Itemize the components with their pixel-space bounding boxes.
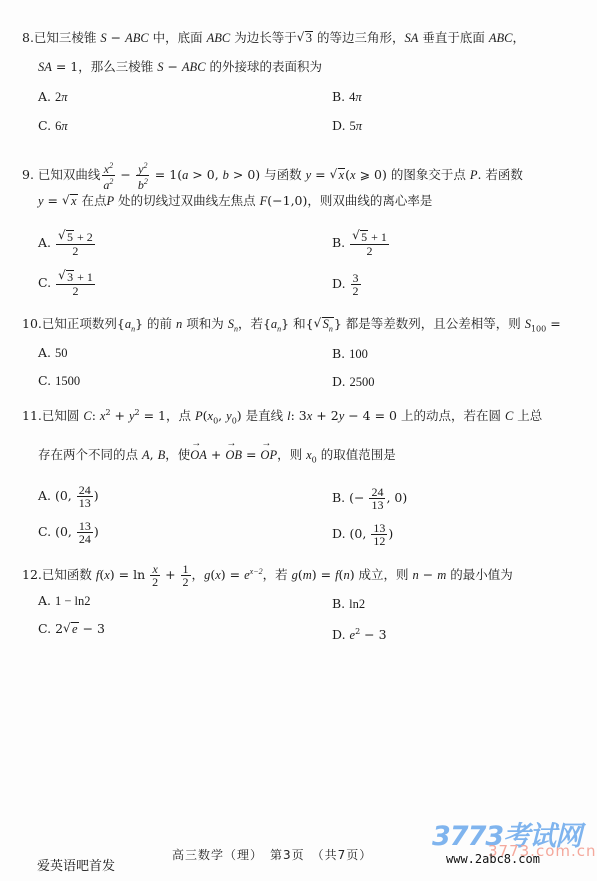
- fraction-y2-b2: y2b2: [136, 160, 150, 191]
- text: 的前: [143, 316, 176, 331]
- q12-option-d: D. e2 − 3: [332, 624, 387, 643]
- text: 11.已知圆: [22, 408, 83, 423]
- text: 上的动点，若在圆: [397, 408, 505, 423]
- label: B.: [332, 346, 349, 361]
- q10-option-b: B. 100: [332, 346, 368, 362]
- value: 50: [55, 346, 68, 360]
- text: ，那么三棱锥: [78, 59, 157, 74]
- fraction-x2-a2: x2a2: [101, 160, 115, 191]
- page-footer: 高三数学（理） 第3页 （共7页）: [172, 846, 372, 863]
- q9-option-d: D. 32: [332, 272, 362, 297]
- text: ，若: [263, 567, 292, 582]
- q8-option-d: D. 5π: [332, 118, 362, 134]
- q11-option-c: C. (0, 1324): [38, 520, 99, 545]
- text: 与函数: [260, 167, 305, 182]
- text: ，: [192, 567, 205, 582]
- text: ，则: [277, 447, 306, 462]
- text: 中，底面: [153, 30, 207, 45]
- q11-option-b: B. (− 2413, 0): [332, 486, 407, 511]
- text: 成立，则: [355, 567, 413, 582]
- text: 存在两个不同的点: [38, 447, 142, 462]
- text: 8.已知三棱锥: [22, 30, 100, 45]
- exam-page: 8.已知三棱锥 S − ABC 中，底面 ABC 为边长等于√3 的等边三角形，…: [0, 0, 597, 881]
- text: 的等边三角形，: [313, 30, 404, 45]
- text: 9. 已知双曲线: [22, 167, 100, 182]
- value: 1 − ln2: [55, 594, 91, 608]
- text: 12.已知函数: [22, 567, 96, 582]
- label: D.: [332, 374, 350, 389]
- question-11-line-2: 存在两个不同的点 A, B，使OA + OB = OP，则 x0 的取值范围是: [38, 447, 396, 469]
- q12-option-a: A. 1 − ln2: [38, 593, 91, 609]
- text: ，使: [165, 447, 190, 462]
- text: 10.已知正项数列: [22, 316, 117, 331]
- label: A.: [38, 345, 55, 360]
- question-9-line-2: y = √x 在点P 处的切线过双曲线左焦点 F(−1,0)，则双曲线的离心率是: [38, 193, 432, 209]
- text: 在点: [78, 193, 107, 208]
- q8-option-a: A. 2π: [38, 89, 68, 105]
- q9-option-a: A. √5 + 22: [38, 230, 96, 257]
- question-9-line-1: 9. 已知双曲线x2a2 − y2b2 = 1(a > 0, b > 0) 与函…: [22, 160, 523, 191]
- question-11-line-1: 11.已知圆 C: x2 + y2 = 1，点 P(x0, y0) 是直线 l:…: [22, 405, 542, 430]
- label: A.: [38, 593, 55, 608]
- text: ，若: [238, 316, 263, 331]
- text: 垂直于底面: [418, 30, 488, 45]
- q10-option-a: A. 50: [38, 345, 67, 361]
- sqrt-3: √3: [297, 30, 313, 46]
- value: 100: [349, 347, 368, 361]
- q12-option-c: C. 2√e − 3: [38, 621, 105, 637]
- question-10-line-1: 10.已知正项数列{an} 的前 n 项和为 Sn，若{an} 和{√Sn} 都…: [22, 316, 561, 338]
- q12-option-b: B. ln2: [332, 596, 365, 612]
- text: 项和为: [182, 316, 227, 331]
- text: 的图象交于点: [387, 167, 470, 182]
- text: 的最小值为: [446, 567, 512, 582]
- q8-option-c: C. 6π: [38, 118, 68, 134]
- question-12-line-1: 12.已知函数 f(x) = ln x2 + 12，g(x) = ex−2，若 …: [22, 563, 513, 588]
- q10-option-c: C. 1500: [38, 373, 80, 389]
- text: 处的切线过双曲线左焦点: [114, 193, 259, 208]
- q9-option-b: B. √5 + 12: [332, 230, 390, 257]
- q8-option-b: B. 4π: [332, 89, 362, 105]
- value: ln2: [349, 597, 365, 611]
- watermark-url: www.2abc8.com: [446, 852, 540, 866]
- text: ，则双曲线的离心率是: [307, 193, 432, 208]
- text: 是直线: [242, 408, 287, 423]
- q11-option-a: A. (0, 2413): [38, 484, 99, 509]
- question-8-line-1: 8.已知三棱锥 S − ABC 中，底面 ABC 为边长等于√3 的等边三角形，…: [22, 30, 525, 46]
- text: 的取值范围是: [317, 447, 396, 462]
- text: . 若函数: [477, 167, 522, 182]
- value: 1500: [55, 374, 80, 388]
- q9-option-c: C. √3 + 12: [38, 270, 96, 297]
- text: 的外接球的表面积为: [206, 59, 322, 74]
- value: 2500: [350, 375, 375, 389]
- q10-option-d: D. 2500: [332, 374, 375, 390]
- source-tag: 爱英语吧首发: [37, 855, 115, 874]
- text: 为边长等于: [230, 30, 296, 45]
- label: B.: [332, 596, 349, 611]
- question-8-line-2: SA = 1，那么三棱锥 S − ABC 的外接球的表面积为: [38, 59, 322, 75]
- label: C.: [38, 373, 55, 388]
- q11-option-d: D. (0, 1312): [332, 522, 393, 547]
- text: ，点: [166, 408, 195, 423]
- text: 都是等差数列，且公差相等，则: [342, 316, 525, 331]
- text: 上总: [513, 408, 542, 423]
- text: 和: [289, 316, 305, 331]
